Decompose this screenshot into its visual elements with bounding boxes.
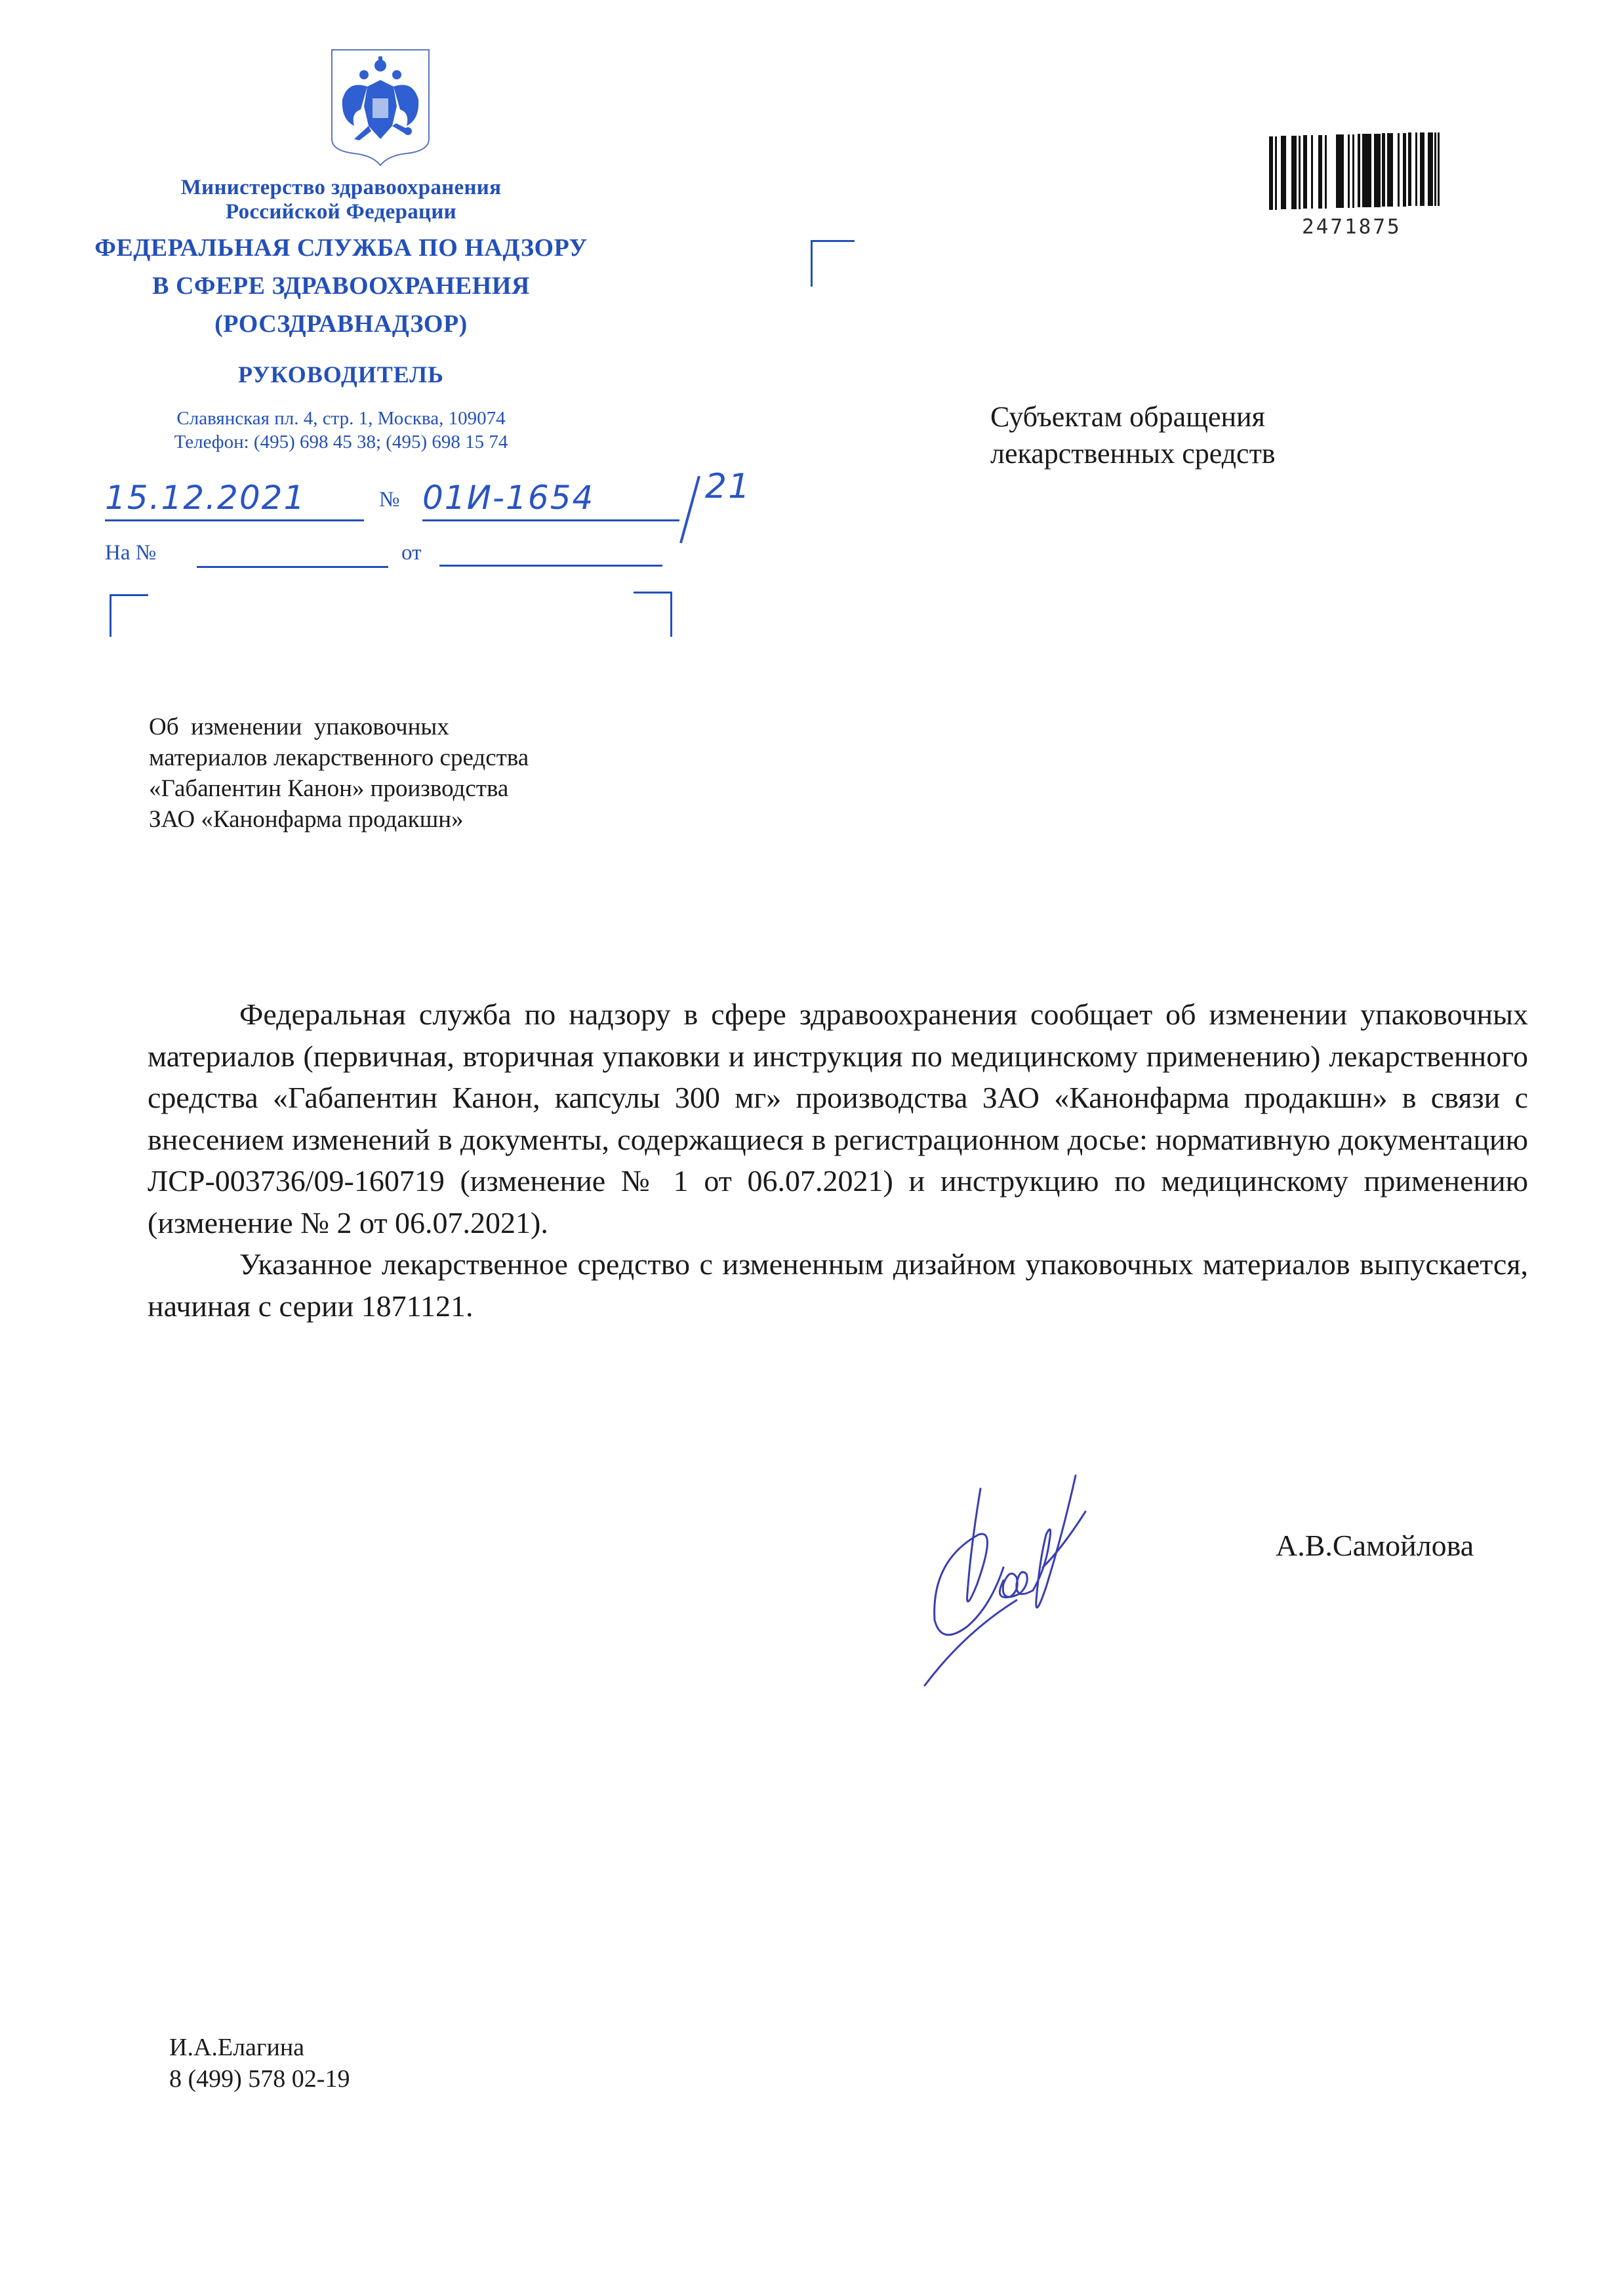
executor-info: И.А.Елагина 8 (499) 578 02-19: [169, 2032, 350, 2095]
address: Славянская пл. 4, стр. 1, Москва, 109074: [85, 407, 597, 430]
barcode-number: 2471875: [1302, 215, 1402, 239]
reply-number-field: [197, 566, 388, 568]
body-paragraph-2: Указанное лекарственное средство с измен…: [148, 1243, 1528, 1327]
handwritten-signature-icon: [905, 1449, 1272, 1712]
executor-name: И.А.Елагина: [169, 2032, 350, 2063]
number-label: №: [379, 488, 400, 512]
phone: Телефон: (495) 698 45 38; (495) 698 15 7…: [85, 430, 597, 454]
service-name-line1: ФЕДЕРАЛЬНАЯ СЛУЖБА ПО НАДЗОРУ: [85, 233, 597, 262]
corner-mark-top-right: [634, 592, 672, 637]
executor-phone: 8 (499) 578 02-19: [169, 2063, 350, 2095]
ministry-name-line1: Министерство здравоохранения: [85, 176, 597, 200]
service-name-line3: (РОСЗДРАВНАДЗОР): [85, 310, 597, 338]
corner-mark-top-left: [110, 594, 148, 637]
subject-line4: ЗАО «Канонфарма продакшн»: [149, 804, 713, 835]
russian-coat-of-arms-icon: [328, 47, 433, 167]
addressee-line2: лекарственных средств: [990, 435, 1384, 472]
ministry-name-line2: Российской Федерации: [85, 200, 597, 224]
position-title: РУКОВОДИТЕЛЬ: [85, 361, 597, 388]
registration-number: 01И-1654: [422, 479, 679, 521]
body-paragraph-1: Федеральная служба по надзору в сфере зд…: [148, 994, 1528, 1243]
reply-from-label: от: [401, 541, 422, 565]
letter-body: Федеральная служба по надзору в сфере зд…: [148, 994, 1528, 1327]
subject-line1: Об изменении упаковочных: [149, 712, 713, 742]
registration-line: 15.12.2021 № 01И-1654 21: [105, 473, 794, 533]
corner-mark-addressee: [811, 240, 855, 287]
letter-subject: Об изменении упаковочных материалов лека…: [149, 712, 713, 835]
barcode-icon: [1269, 130, 1440, 212]
registration-number-suffix: 21: [705, 467, 751, 506]
subject-line3: «Габапентин Канон» производства: [149, 773, 713, 804]
registration-date: 15.12.2021: [105, 479, 364, 521]
addressee: Субъектам обращения лекарственных средст…: [990, 399, 1384, 472]
signer-name: А.В.Самойлова: [1276, 1528, 1474, 1563]
reply-reference-line: На № от: [105, 541, 682, 574]
reply-number-label: На №: [105, 541, 156, 565]
letterhead: Министерство здравоохранения Российской …: [85, 176, 597, 454]
reply-date-field: [439, 565, 662, 567]
subject-line2: материалов лекарственного средства: [149, 742, 713, 773]
service-name-line2: В СФЕРЕ ЗДРАВООХРАНЕНИЯ: [85, 272, 597, 300]
slash-mark-icon: [676, 473, 702, 546]
addressee-line1: Субъектам обращения: [990, 399, 1384, 435]
